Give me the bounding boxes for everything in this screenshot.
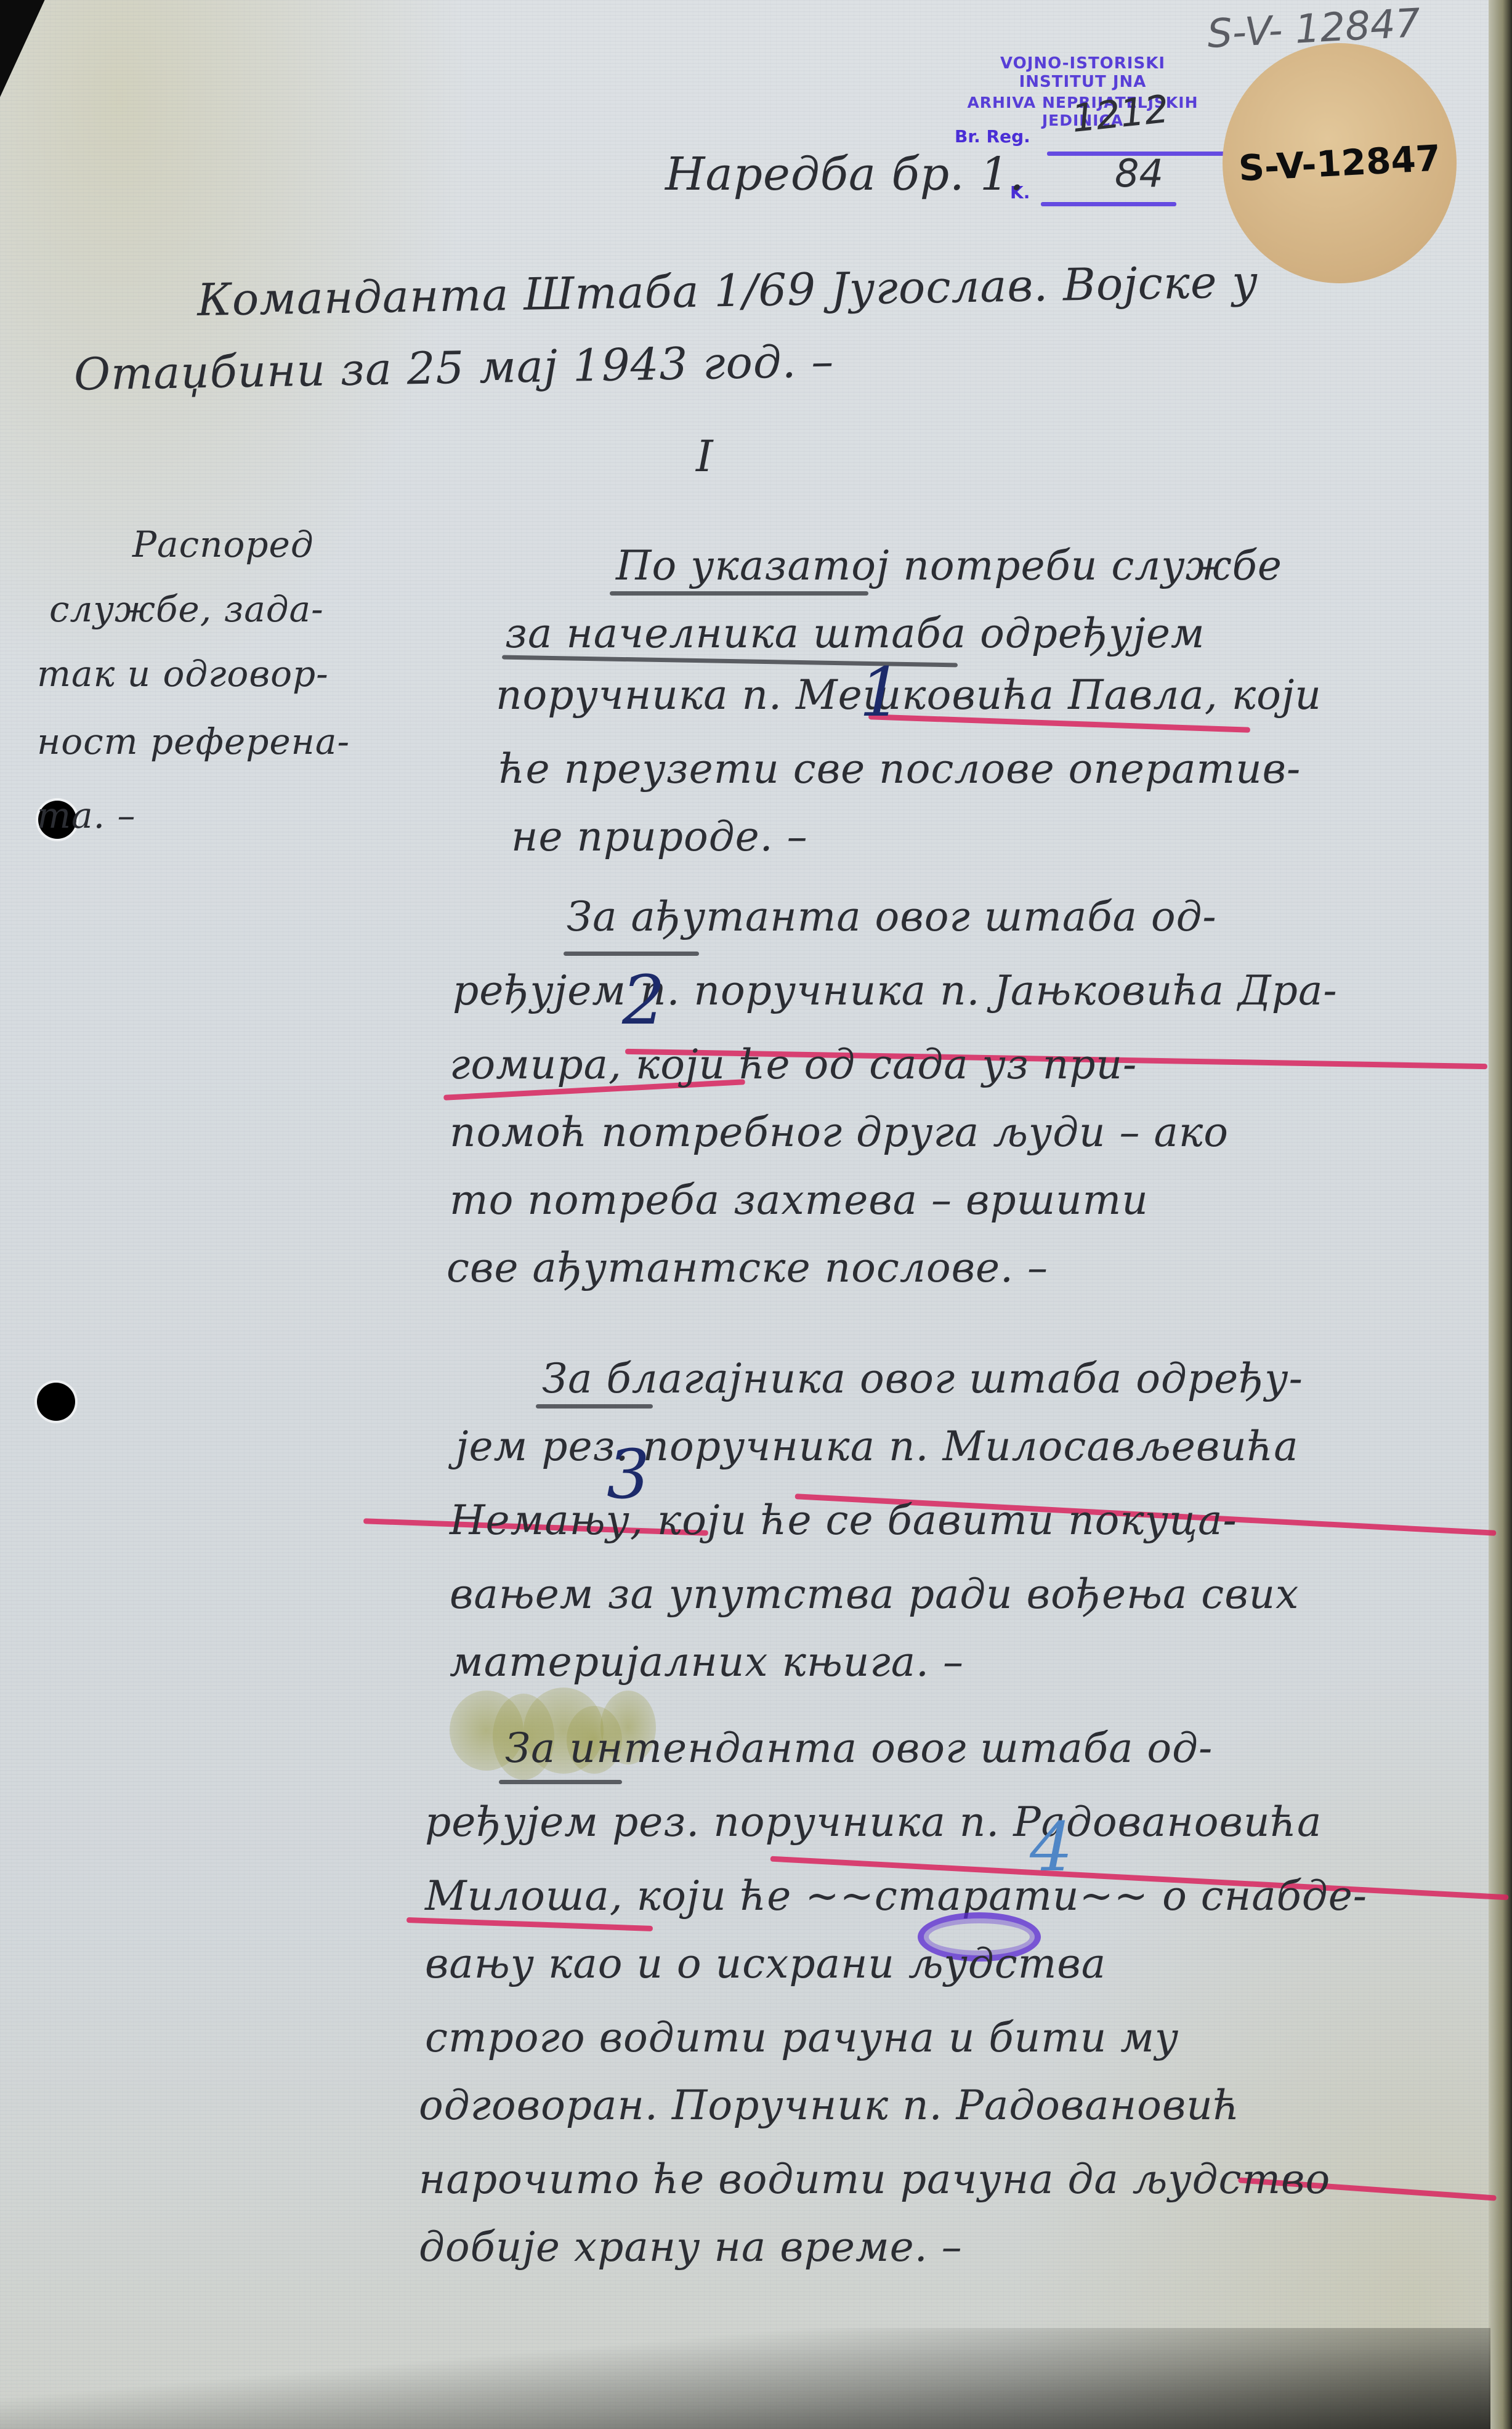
paragraph-line: За интенданта овог штаба од- [505, 1724, 1213, 1772]
underline-mark [536, 1404, 653, 1408]
section-marker: I [696, 431, 714, 482]
paragraph-line: то потреба захтева – вршити [450, 1176, 1149, 1224]
paragraph-line: Милоша, који ће ~~старати~~ о снабде- [425, 1872, 1367, 1920]
margin-note-line: та. – [37, 794, 135, 836]
paragraph-line: Немању, који ће се бавити покуца- [450, 1497, 1237, 1544]
label-sticker-text: S-V-12847 [1237, 137, 1441, 189]
paragraph-line: строго водити рачуна и бити му [425, 2014, 1179, 2061]
paragraph-line: све ађутантске послове. – [447, 1244, 1048, 1291]
margin-note-line: так и одговор- [37, 653, 329, 695]
stamp-box-value: 84 [1115, 151, 1163, 196]
underline-mark [610, 591, 868, 596]
paragraph-line: За ађутанта овог штаба од- [567, 893, 1217, 940]
paragraph-line: добије храну на време. – [419, 2223, 963, 2271]
paragraph-line: ређујем п. поручника п. Јањковића Дра- [453, 967, 1338, 1014]
paragraph-line: вањем за упутства ради вођења свих [450, 1570, 1299, 1618]
paragraph-line: По указатој потреби службе [616, 542, 1282, 589]
annotation-number: 1 [859, 653, 902, 732]
paragraph-line: не природе. – [511, 813, 808, 860]
underline-mark [499, 1780, 622, 1784]
paragraph-line: ће преузети све послове оператив- [499, 745, 1301, 793]
paragraph-line: вању као и о исхрани људства [425, 1940, 1106, 1987]
paragraph-line: гомира, који ће од сада уз при- [450, 1041, 1137, 1088]
page-bottom-fold [0, 2328, 1490, 2429]
order-heading: Наредба бр. 1. [665, 148, 1025, 201]
paragraph-line: одговоран. Поручник п. Радовановић [419, 2082, 1240, 2129]
annotation-number: 2 [622, 961, 665, 1040]
paragraph-line: нарочито ће водити рачуна да људство [419, 2156, 1330, 2203]
stamp-institution-line1: VOJNO-ISTORISKI INSTITUT JNA [953, 54, 1212, 91]
paragraph-line: јем рез. поручника п. Милосављевића [456, 1423, 1299, 1470]
punch-hole-lower [37, 1383, 75, 1421]
stamp-reg-label: Br. Reg. [955, 126, 1030, 147]
paragraph-line: помоћ потребног друга људи – ако [450, 1109, 1229, 1156]
annotation-number: 3 [607, 1435, 650, 1514]
paragraph-line: материјалних књига. – [450, 1638, 964, 1686]
page-edge [1489, 0, 1512, 2429]
underline-mark [564, 952, 699, 956]
archive-label-sticker: S-V-12847 [1223, 43, 1457, 283]
margin-note-line: службе, задa- [49, 588, 324, 630]
stamp-box-rule [1041, 202, 1176, 206]
paragraph-line: за начелника штаба одређујем [505, 610, 1205, 657]
margin-note-line: ност референа- [37, 721, 350, 762]
paragraph-line: За благајника овог штаба одређу- [542, 1355, 1303, 1402]
annotation-number: 4 [1030, 1808, 1073, 1886]
paragraph-line: поручника п. Мешковића Павла, који [496, 671, 1322, 719]
paragraph-line: ређујем рез. поручника п. Радовановића [425, 1798, 1322, 1846]
margin-note-line: Распоред [132, 523, 314, 565]
